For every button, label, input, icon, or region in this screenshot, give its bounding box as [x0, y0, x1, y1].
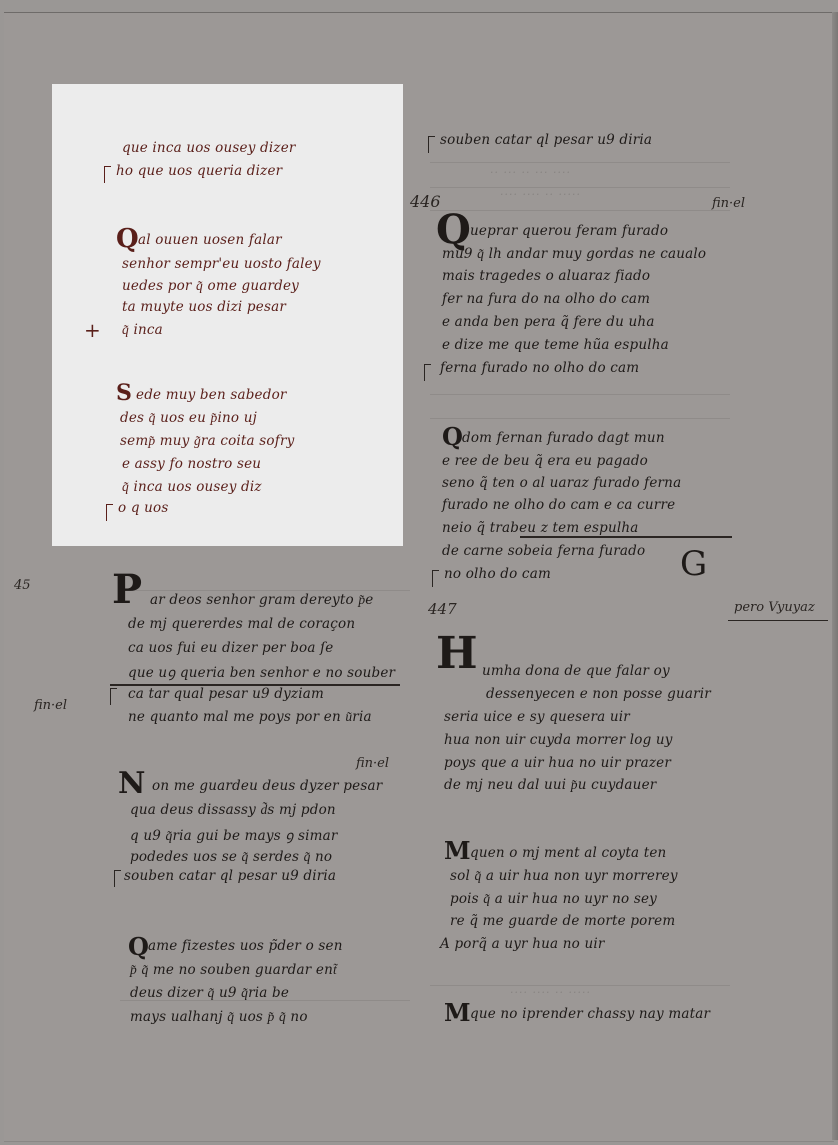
verse-line: souben catar ql pesar u9 diria — [124, 868, 336, 884]
initial-letter: H — [436, 628, 478, 679]
initial-letter: N — [118, 766, 145, 801]
verse-line: deus dizer q͂ u9 q͂ria be — [130, 985, 289, 1001]
verse-line: o q uos — [118, 500, 169, 516]
verse-line: de mj neu dal uui p͂u cuydauer — [444, 777, 656, 793]
bleed-through-text: ···· ···· ·· ····· — [500, 188, 581, 201]
verse-line: senhor sempr'eu uosto faley — [122, 256, 321, 272]
verse-line: furado ne olho do cam e ca curre — [442, 497, 675, 513]
margin-note: fin·el — [356, 756, 389, 771]
verse-line: q͂ inca — [122, 322, 163, 338]
bleed-through-text: ···· ···· ·· ····· — [510, 986, 591, 999]
verse-line: seno q̃ ten o al uaraz furado ferna — [442, 475, 681, 491]
verse-line: de mj quererdes mal de coraçon — [128, 616, 355, 632]
verse-line: e dize me que teme hũa espulha — [442, 337, 669, 353]
verse-line: quen o mj ment al coyta ten — [470, 845, 666, 861]
verse-line: ho que uos queria dizer — [116, 163, 282, 179]
verse-line: no olho do cam — [444, 566, 551, 582]
verse-line: re q̃ me guarde de morte porem — [450, 913, 675, 929]
verse-line: souben catar ql pesar u9 diria — [440, 132, 652, 148]
initial-letter: M — [444, 998, 471, 1027]
verse-line: de carne sobeia ferna furado — [442, 543, 645, 559]
catchword-glyph: G — [680, 544, 707, 584]
verse-line: neio q̃ trabeu z tem espulha — [442, 520, 639, 536]
initial-letter: Q — [116, 224, 139, 254]
initial-letter: S — [116, 380, 132, 406]
verse-line: on me guardeu deus dyzer pesar — [152, 778, 382, 794]
verse-line: que no iprender chassy nay matar — [470, 1006, 710, 1022]
verse-line: p͂ q͂ me no souben guardar ent͂ — [130, 962, 337, 978]
verse-line: dom fernan furado dagt mun — [462, 430, 665, 446]
verse-line: que inca uos ousey dizer — [122, 140, 296, 156]
verse-line: dessenyecen e non posse guarir — [486, 686, 711, 702]
verse-line: podedes uos se q͂ serdes q͂ no — [130, 849, 332, 865]
verse-line: ede muy ben sabedor — [136, 387, 287, 403]
underline-rule — [520, 536, 732, 538]
paragraph-bracket — [114, 870, 121, 887]
paragraph-bracket — [110, 688, 117, 705]
margin-note: fin·el — [712, 196, 745, 211]
verse-line: mays ualhanj q͂ uos p͂ q͂ no — [130, 1009, 308, 1025]
verse-line: seria uice e sy quesera uir — [444, 709, 630, 725]
verse-line: sol q͂ a uir hua non uyr morrerey — [450, 868, 678, 884]
highlighted-region: que inca uos ousey dizer ho que uos quer… — [52, 84, 403, 546]
verse-line: ta muyte uos dizi pesar — [122, 299, 286, 315]
page-edge — [832, 12, 838, 1140]
verse-line: ne quanto mal me poys por en u͂ria — [128, 709, 372, 725]
verse-line: semp͂ muy g͂ra coita sofry — [120, 433, 294, 449]
verse-line: mu9 q͂ lh andar muy gordas ne caualo — [442, 246, 706, 262]
paragraph-bracket — [104, 166, 111, 183]
ruling-line — [430, 394, 730, 395]
verse-line: que uꝯ queria ben senhor e no souber — [128, 663, 395, 681]
verse-line: ca tar qual pesar u9 dyziam — [128, 686, 324, 702]
verse-line: ueprar querou feram furado — [470, 223, 668, 239]
initial-letter: Q — [442, 422, 463, 451]
verse-line: poys que a uir hua no uir prazer — [444, 755, 671, 771]
ruling-line — [430, 162, 730, 163]
verse-line: hua non uir cuyda morrer log uy — [444, 732, 673, 748]
paragraph-bracket — [432, 570, 439, 587]
verse-line: ame fizestes uos p̃der o sen — [148, 938, 343, 954]
verse-line: umha dona de que falar oy — [482, 663, 670, 679]
verse-line: e assy fo nostro seu — [122, 456, 261, 472]
verse-line: ar deos senhor gram dereyto p͂e — [150, 592, 373, 608]
ruling-line — [430, 418, 730, 419]
folio-number: 45 — [14, 578, 31, 593]
verse-line: qua deus dissassy d͂s mj pdon — [130, 802, 336, 818]
verse-line: A porq̃ a uyr hua no uir — [440, 936, 605, 952]
verse-line: uedes por q͂ ome guardey — [122, 278, 299, 294]
initial-letter: M — [444, 836, 471, 865]
verse-line: e ree de beu q̃ era eu pagado — [442, 453, 648, 469]
bleed-through-text: ·· ··· ·· ··· ···· — [490, 166, 571, 179]
verse-line: fer na fura do na olho do cam — [442, 291, 650, 307]
margin-note: pero Vyuyaz — [734, 600, 815, 615]
ruling-line — [120, 590, 410, 591]
paragraph-bracket — [424, 364, 431, 381]
verse-line: q͂ inca uos ousey diz — [122, 479, 262, 495]
initial-letter: P — [112, 566, 142, 613]
initial-letter: Q — [128, 932, 149, 961]
margin-note: fin·el — [34, 698, 67, 713]
paragraph-bracket — [428, 136, 435, 153]
verse-line: al ouuen uosen falar — [138, 232, 282, 248]
folio-number: 447 — [428, 600, 457, 618]
verse-line: pois q͂ a uir hua no uyr no sey — [450, 891, 657, 907]
verse-line: ca uos fui eu dizer per boa ſe — [128, 640, 334, 656]
margin-cross-mark: + — [84, 318, 101, 342]
verse-line: des q͂ uos eu p͂ino uj — [120, 410, 257, 426]
underline-rule — [728, 620, 828, 621]
verse-line: ferna furado no olho do cam — [440, 360, 639, 376]
verse-line: e anda ben pera q̃ fere du uha — [442, 314, 655, 330]
paragraph-bracket — [106, 504, 113, 521]
verse-line: q u9 q͂ria gui be mays ꝯ simar — [130, 826, 338, 844]
ruling-line — [430, 210, 730, 211]
verse-line: mais tragedes o aluaraz fiado — [442, 268, 650, 284]
